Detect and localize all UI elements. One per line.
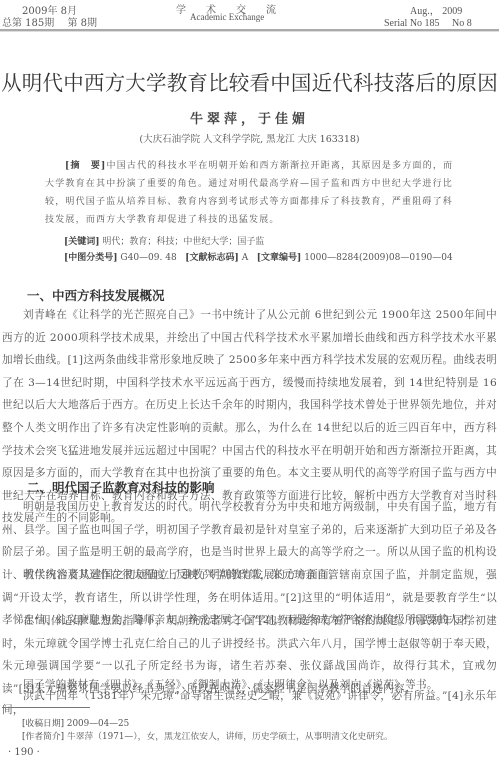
article-title: 从明代中西方大学教育比较看中国近代科技落后的原因 <box>0 66 499 96</box>
section-heading-1: 一、中西方科技发展概况 <box>27 286 165 304</box>
doc-code-value: A <box>242 253 249 263</box>
keywords: [关键词] 明代；教育；科技；中世纪大学；国子监 <box>64 234 264 247</box>
abstract-label: [摘 要] <box>65 161 107 171</box>
article-no-value: 1000—8284(2009)08—0190—04 <box>304 253 453 263</box>
footnote-author: [作者简介] 牛翠萍（1971—），女，黑龙江依安人，讲师，历史学硕士，从事明清… <box>22 729 393 742</box>
doc-code-label: [文献标志码] <box>185 253 239 263</box>
journal-name-en: Academic Exchange <box>190 12 264 22</box>
received-label: [收稿日期] <box>22 719 64 729</box>
section-heading-2: 二、明代国子监教育对科技的影响 <box>27 478 215 496</box>
classification-line: [中图分类号] G40—09. 48 [文献标志码] A [文章编号] 1000… <box>64 250 453 263</box>
clc-value: G40—09. 48 <box>120 253 176 263</box>
footnote-received: [收稿日期] 2009—04—25 <box>22 716 129 729</box>
article-authors: 牛翠萍，于佳媚 <box>0 108 499 127</box>
header-serial-en: Serial No 185 No 8 <box>384 14 472 29</box>
running-header: 2009年 8月 总第 185期 第 8期 学术交流 Academic Exch… <box>0 0 499 30</box>
keywords-text: 明代；教育；科技；中世纪大学；国子监 <box>102 237 264 247</box>
header-issue: 总第 185期 第 8期 <box>2 14 97 29</box>
abstract: [摘 要]中国古代的科技水平在明朝开始和西方渐渐拉开距离，其原因是多方面的，而大… <box>45 157 459 229</box>
author-value: 牛翠萍（1971—），女，黑龙江依安人，讲师，历史学硕士，从事明清文化史研究。 <box>67 732 393 742</box>
article-affiliation: (大庆石油学院 人文科学学院, 黑龙江 大庆 163318) <box>0 131 499 145</box>
header-rule <box>0 29 499 32</box>
section-2-paragraph-5: 洪武十四年（1381年）朱元璋“命导诸生读经史之暇，兼《说苑》讲律令，必有所益。… <box>2 689 497 717</box>
abstract-text: 中国古代的科技水平在明朝开始和西方渐渐拉开距离，其原因是多方面的，而大学教育在其… <box>45 161 453 225</box>
clc-label: [中图分类号] <box>64 253 118 263</box>
page-number: · 190 · <box>8 747 40 758</box>
received-value: 2009—04—25 <box>67 719 129 729</box>
footnote-rule <box>2 707 90 708</box>
author-label: [作者简介] <box>22 732 64 742</box>
keywords-label: [关键词] <box>64 237 100 247</box>
article-no-label: [文章编号] <box>257 253 302 263</box>
